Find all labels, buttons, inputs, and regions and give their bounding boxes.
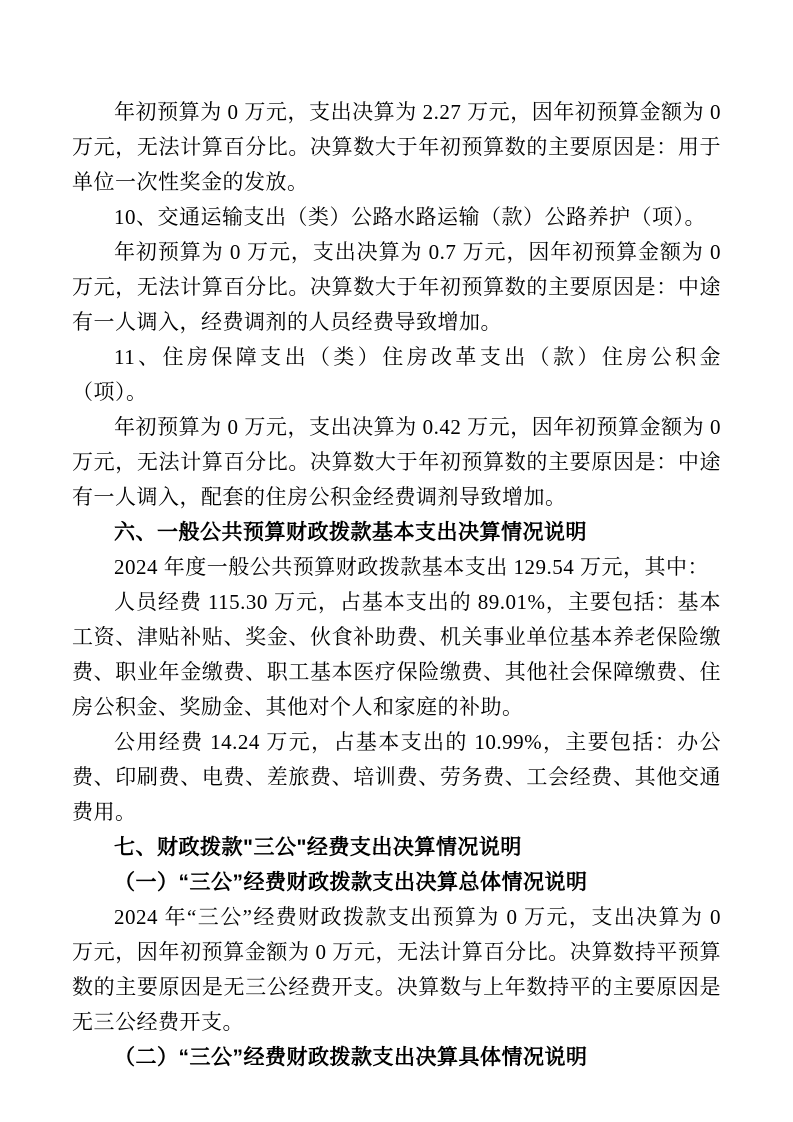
paragraph-item-11-title: 11、住房保障支出（类）住房改革支出（款）住房公积金（项）。 bbox=[72, 340, 721, 410]
paragraph-budget-note-9: 年初预算为 0 万元，支出决算为 2.27 万元，因年初预算金额为 0 万元，无… bbox=[72, 95, 721, 200]
paragraph-basic-expenditure-total: 2024 年度一般公共预算财政拨款基本支出 129.54 万元，其中： bbox=[72, 550, 721, 585]
paragraph-personnel-funds: 人员经费 115.30 万元，占基本支出的 89.01%，主要包括：基本工资、津… bbox=[72, 585, 721, 725]
section-heading-7: 七、财政拨款"三公"经费支出决算情况说明 bbox=[72, 830, 721, 865]
subsection-heading-7-2: （二）“三公”经费财政拨款支出决算具体情况说明 bbox=[72, 1040, 721, 1075]
document-page: 年初预算为 0 万元，支出决算为 2.27 万元，因年初预算金额为 0 万元，无… bbox=[0, 0, 793, 1122]
paragraph-item-10-title: 10、交通运输支出（类）公路水路运输（款）公路养护（项）。 bbox=[72, 200, 721, 235]
paragraph-three-public-overall: 2024 年“三公”经费财政拨款支出预算为 0 万元，支出决算为 0 万元，因年… bbox=[72, 900, 721, 1040]
paragraph-public-funds: 公用经费 14.24 万元，占基本支出的 10.99%，主要包括：办公费、印刷费… bbox=[72, 725, 721, 830]
paragraph-budget-note-11: 年初预算为 0 万元，支出决算为 0.42 万元，因年初预算金额为 0 万元，无… bbox=[72, 410, 721, 515]
subsection-heading-7-1: （一）“三公”经费财政拨款支出决算总体情况说明 bbox=[72, 865, 721, 900]
paragraph-budget-note-10: 年初预算为 0 万元，支出决算为 0.7 万元，因年初预算金额为 0 万元，无法… bbox=[72, 235, 721, 340]
section-heading-6: 六、一般公共预算财政拨款基本支出决算情况说明 bbox=[72, 515, 721, 550]
